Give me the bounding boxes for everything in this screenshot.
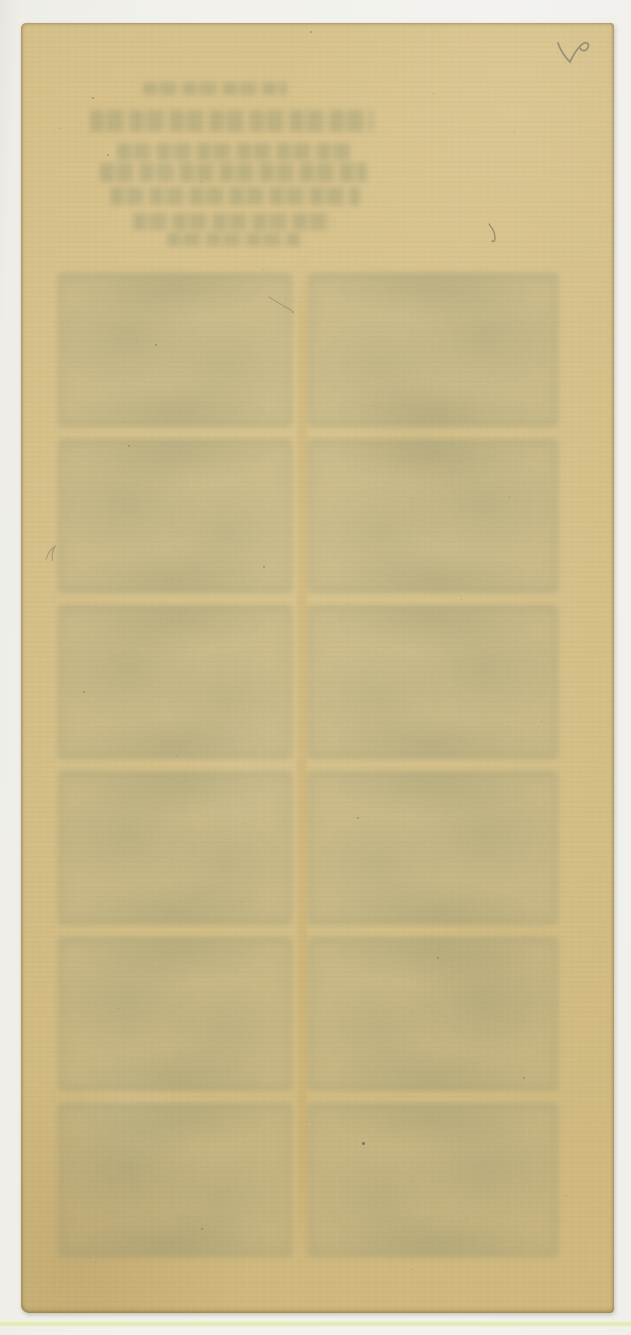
ghost-stamp-impression — [308, 771, 558, 925]
ghost-stamp-impression — [58, 439, 292, 593]
ghost-text-line — [167, 233, 300, 246]
center-fold-line — [298, 256, 307, 1264]
ghost-text-line — [117, 143, 350, 160]
paper-speck — [509, 496, 510, 497]
ghost-text-line — [110, 187, 360, 205]
photo-background — [0, 0, 631, 1335]
ghost-stamp-impression — [308, 439, 558, 593]
ghost-text-line — [90, 110, 373, 132]
ghost-stamp-impression — [308, 1103, 558, 1257]
pencil-marks-layer — [21, 23, 614, 1313]
pencil-check-mark — [558, 43, 588, 62]
ghost-stamp-impression — [58, 771, 292, 925]
ghost-stamp-impression — [58, 937, 292, 1091]
header-ghost-text — [21, 23, 614, 1313]
paper-speck — [59, 128, 60, 129]
paper-speck — [523, 1077, 525, 1079]
paper-speck — [201, 1228, 203, 1230]
paper-speck — [541, 721, 542, 722]
paper-speck — [200, 181, 201, 182]
paper-speck — [128, 445, 130, 447]
album-edge-strip — [0, 1320, 631, 1327]
paper-speck — [566, 1195, 567, 1196]
paper-speck — [306, 1121, 307, 1122]
paper-speck — [412, 1269, 413, 1270]
ghost-stamp-grid — [58, 273, 558, 1257]
paper-speck — [263, 566, 265, 568]
ghost-text-line — [133, 213, 333, 230]
ghost-stamp-impression — [58, 605, 292, 759]
ghost-stamp-impression — [58, 1103, 292, 1257]
paper-speck — [461, 599, 462, 600]
paper-speck — [155, 344, 157, 346]
paper-fiber — [489, 224, 495, 242]
paper-speck — [262, 269, 263, 270]
paper-speck — [373, 405, 374, 406]
dark-paper-speck — [362, 1142, 365, 1145]
paper-speck — [433, 93, 434, 94]
paper-speck — [310, 31, 312, 33]
paper-speck — [176, 756, 177, 757]
paper-speck — [83, 691, 85, 693]
ghost-stamp-impression — [58, 273, 292, 427]
paper-speck — [92, 97, 94, 99]
ghost-stamp-impression — [308, 605, 558, 759]
paper-speck — [107, 154, 109, 156]
ghost-stamp-impression — [308, 273, 558, 427]
paper-speck — [357, 817, 359, 819]
ghost-text-line — [143, 82, 287, 95]
ghost-stamp-impression — [308, 937, 558, 1091]
paper-speck — [95, 1262, 96, 1263]
ghost-text-line — [100, 163, 367, 182]
pencil-squiggle-mark — [46, 546, 55, 560]
paper-speck — [437, 957, 439, 959]
paper-speck — [241, 901, 242, 902]
paper-speck — [514, 131, 515, 132]
paper-texture — [21, 23, 614, 1313]
paper-speck — [118, 1008, 119, 1009]
paper-crease — [269, 297, 293, 313]
stamp-sheet-reverse — [21, 23, 614, 1313]
